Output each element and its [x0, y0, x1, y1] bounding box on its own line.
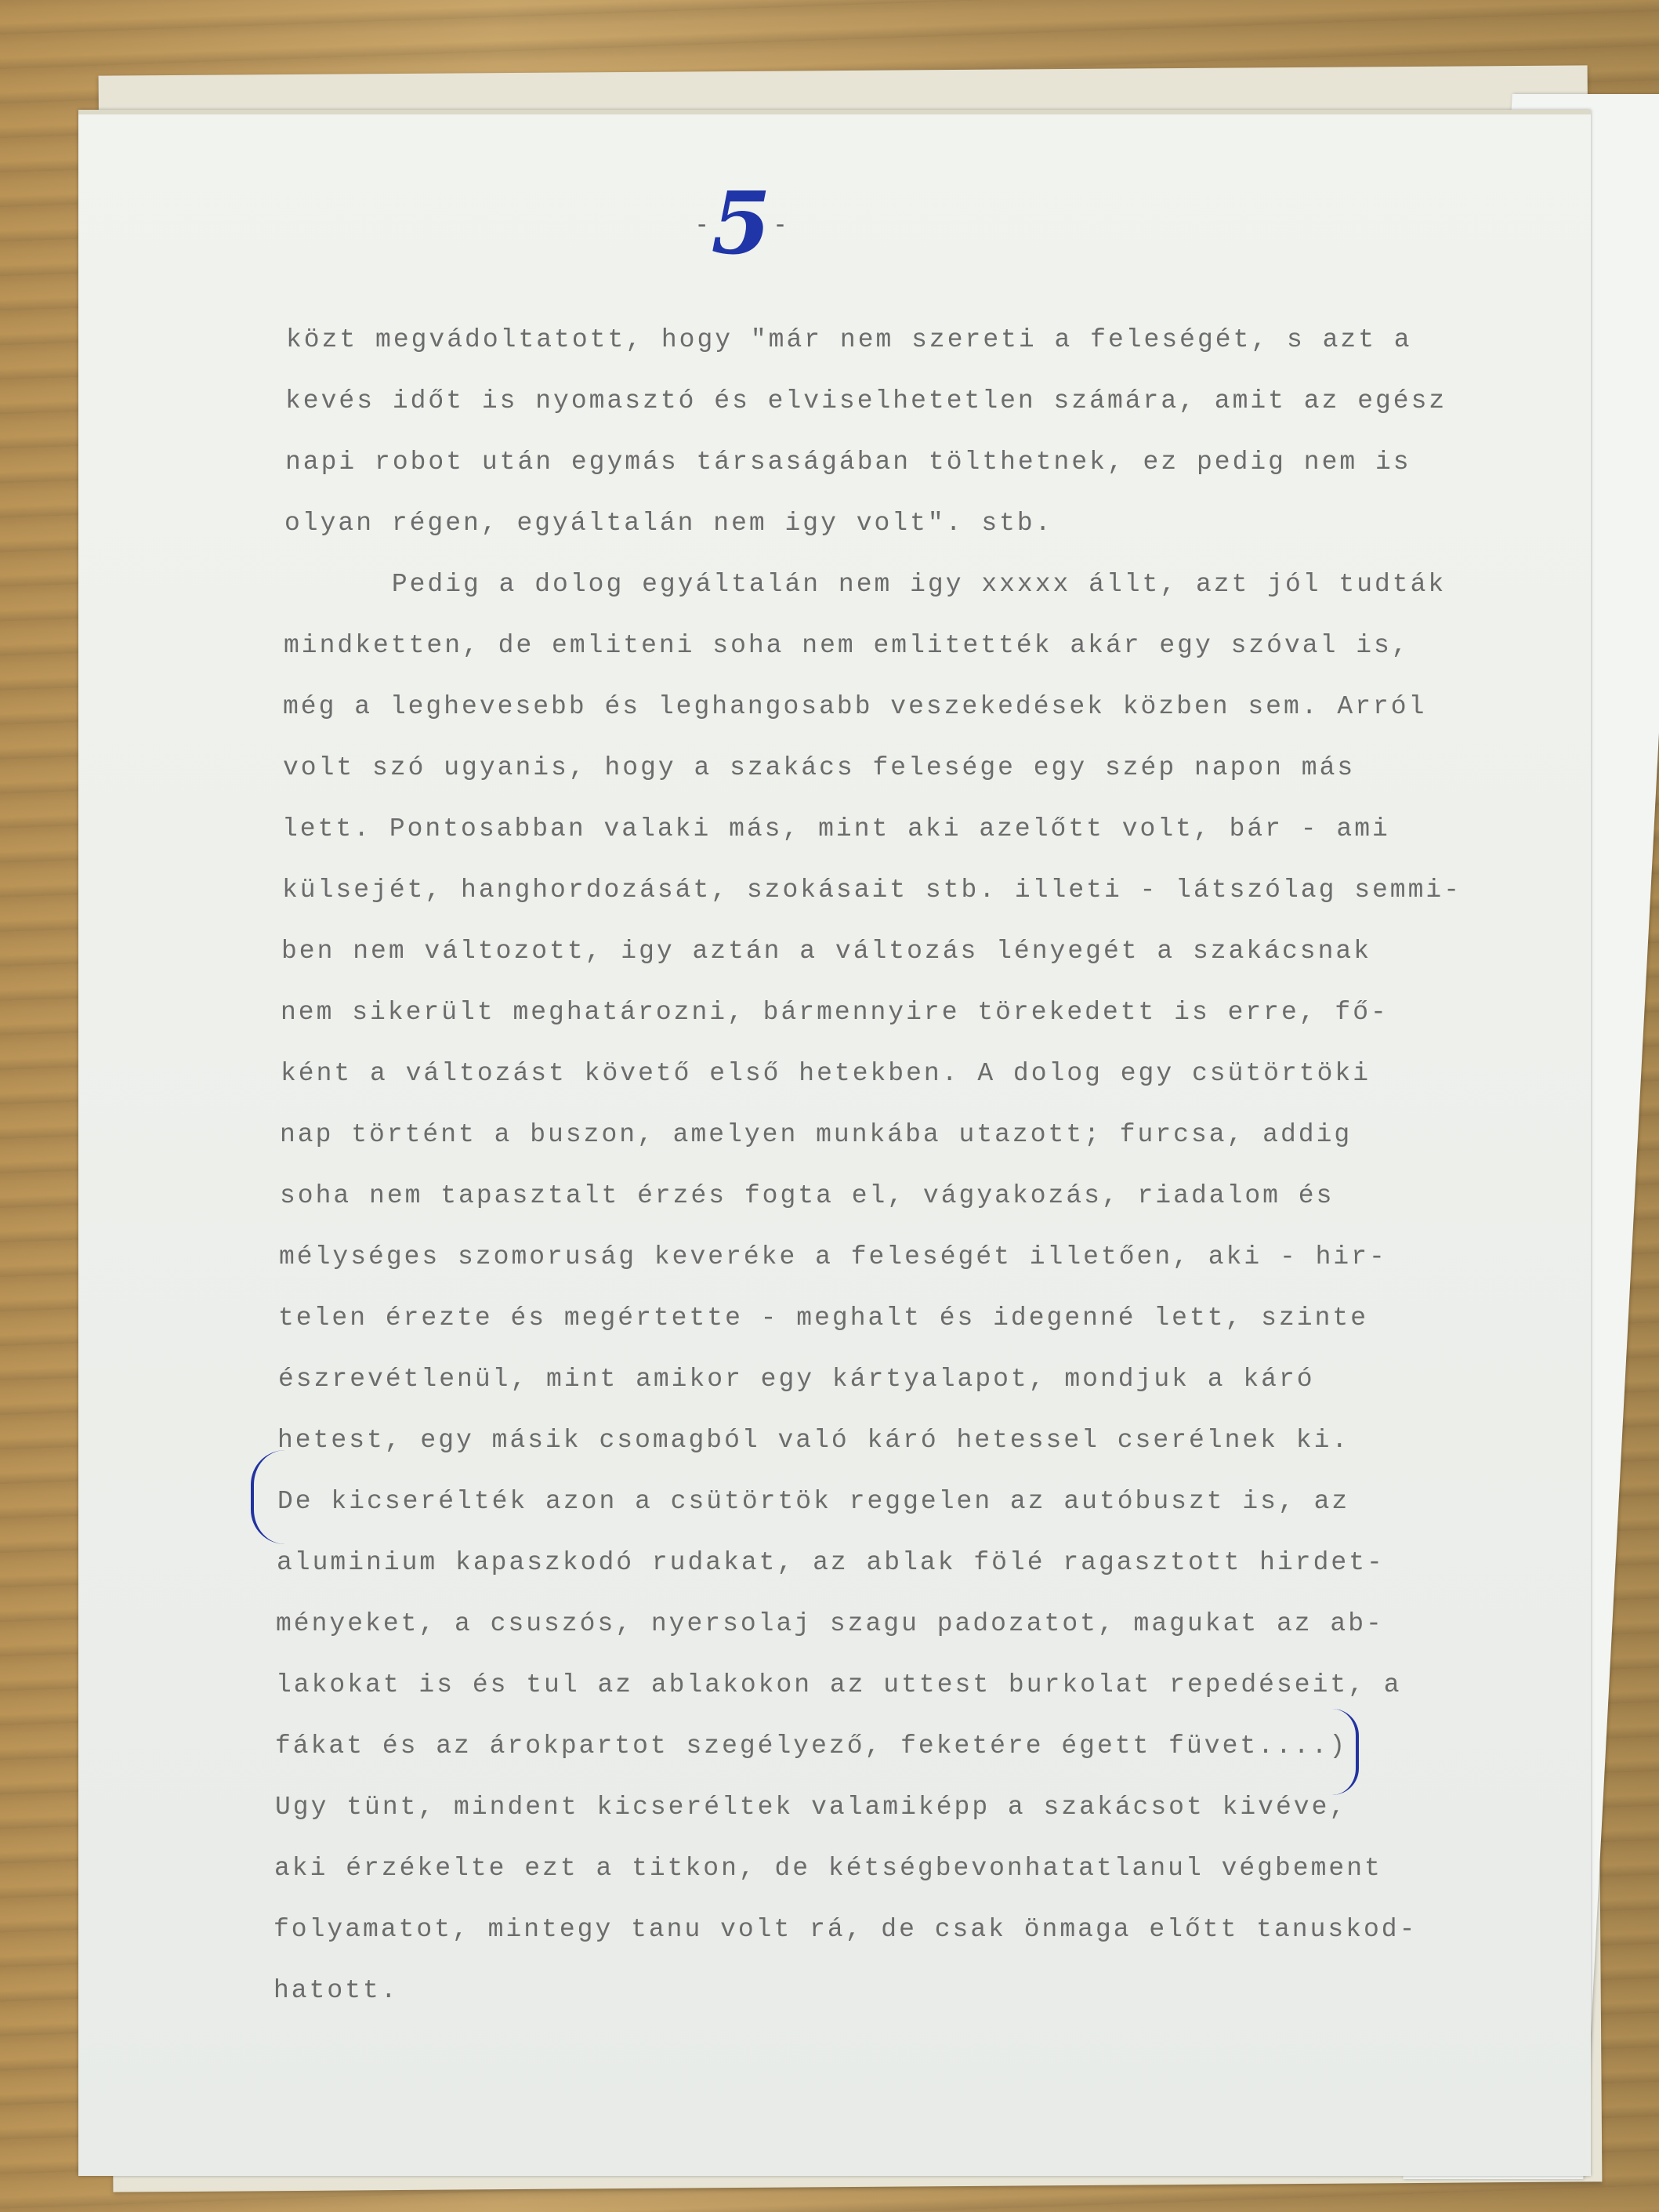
page-number-dash: -: [697, 209, 708, 239]
text-line: ként a változást követő első hetekben. A…: [281, 1043, 1509, 1104]
text-line: ben nem változott, igy aztán a változás …: [281, 921, 1509, 982]
text-line: nem sikerült meghatározni, bármennyire t…: [281, 982, 1509, 1043]
text-line: De kicserélték azon a csütörtök reggelen…: [277, 1471, 1509, 1532]
text-line: Pedig a dolog egyáltalán nem igy xxxxx á…: [284, 554, 1509, 615]
text-line: olyan régen, egyáltalán nem igy volt". s…: [284, 493, 1509, 554]
text-line: folyamatot, mintegy tanu volt rá, de csa…: [273, 1899, 1509, 1960]
text-line: volt szó ugyanis, hogy a szakács feleség…: [283, 738, 1509, 799]
text-line: mindketten, de emliteni soha nem emlitet…: [284, 615, 1509, 676]
text-line: közt megvádoltatott, hogy "már nem szere…: [286, 310, 1509, 371]
handwritten-bracket-close: [1332, 1709, 1359, 1795]
text-line: Ugy tünt, mindent kicseréltek valamiképp…: [275, 1777, 1509, 1838]
text-line: napi robot után egymás társaságában tölt…: [285, 432, 1509, 493]
text-line: külsejét, hanghordozását, szokásait stb.…: [282, 860, 1509, 921]
page-number-dash: -: [776, 209, 786, 239]
page-number: -5-: [697, 172, 786, 274]
text-line: aki érzékelte ezt a titkon, de kétségbev…: [274, 1838, 1509, 1899]
text-line: ményeket, a csuszós, nyersolaj szagu pad…: [276, 1594, 1509, 1655]
text-line: lett. Pontosabban valaki más, mint aki a…: [282, 799, 1509, 860]
text-line: nap történt a buszon, amelyen munkába ut…: [280, 1104, 1509, 1166]
text-line: aluminium kapaszkodó rudakat, az ablak f…: [277, 1532, 1509, 1594]
page-number-handwritten: 5: [711, 172, 773, 274]
text-line: telen érezte és megértette - meghalt és …: [278, 1288, 1509, 1349]
document-body: közt megvádoltatott, hogy "már nem szere…: [286, 310, 1509, 2022]
text-line: fákat és az árokpartot szegélyező, feket…: [275, 1716, 1509, 1777]
text-line: hatott.: [273, 1960, 1509, 2022]
text-line: soha nem tapasztalt érzés fogta el, vágy…: [280, 1166, 1509, 1227]
text-line: kevés időt is nyomasztó és elviselhetetl…: [285, 371, 1509, 432]
text-line: hetest, egy másik csomagból való káró he…: [277, 1410, 1509, 1471]
text-line: még a leghevesebb és leghangosabb veszek…: [283, 676, 1509, 738]
text-line: lakokat is és tul az ablakokon az uttest…: [276, 1655, 1509, 1716]
text-line: mélységes szomoruság keveréke a feleségé…: [279, 1227, 1509, 1288]
text-line: észrevétlenül, mint amikor egy kártyalap…: [278, 1349, 1509, 1410]
